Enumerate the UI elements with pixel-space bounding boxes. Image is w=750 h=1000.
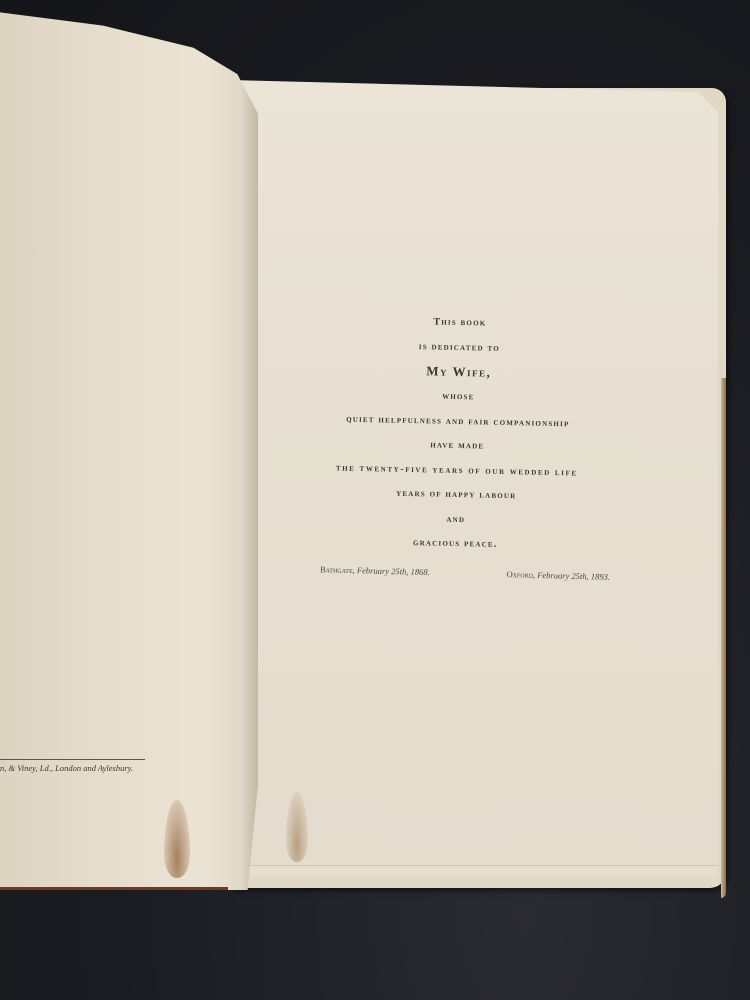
dedication-text: This book is dedicated to My Wife, whose…: [225, 313, 690, 568]
left-page-curled: n, & Viney, Ld., London and Aylesbury.: [0, 8, 258, 890]
gutter-shadow: [240, 8, 258, 890]
printer-imprint: n, & Viney, Ld., London and Aylesbury.: [0, 759, 175, 773]
imprint-rule: [0, 759, 145, 760]
dedication-line: have made: [227, 436, 687, 456]
deckle-edge: [228, 865, 718, 876]
dedication-line: quiet helpfulness and fair companionship: [228, 412, 688, 432]
dedication-line: gracious peace.: [225, 534, 685, 554]
dedication-line: and: [226, 510, 686, 530]
page-edge-browning: [721, 378, 726, 898]
dedication-line-emphasis: My Wife,: [229, 362, 689, 382]
dedication-line: whose: [228, 387, 688, 407]
dedication-line: the twenty-five years of our wedded life: [227, 461, 687, 481]
water-stain: [164, 800, 190, 878]
dedication-line: years of happy labour: [226, 485, 686, 505]
water-stain: [286, 792, 308, 862]
cover-edge: [0, 887, 228, 890]
dedication-line: is dedicated to: [229, 338, 689, 358]
